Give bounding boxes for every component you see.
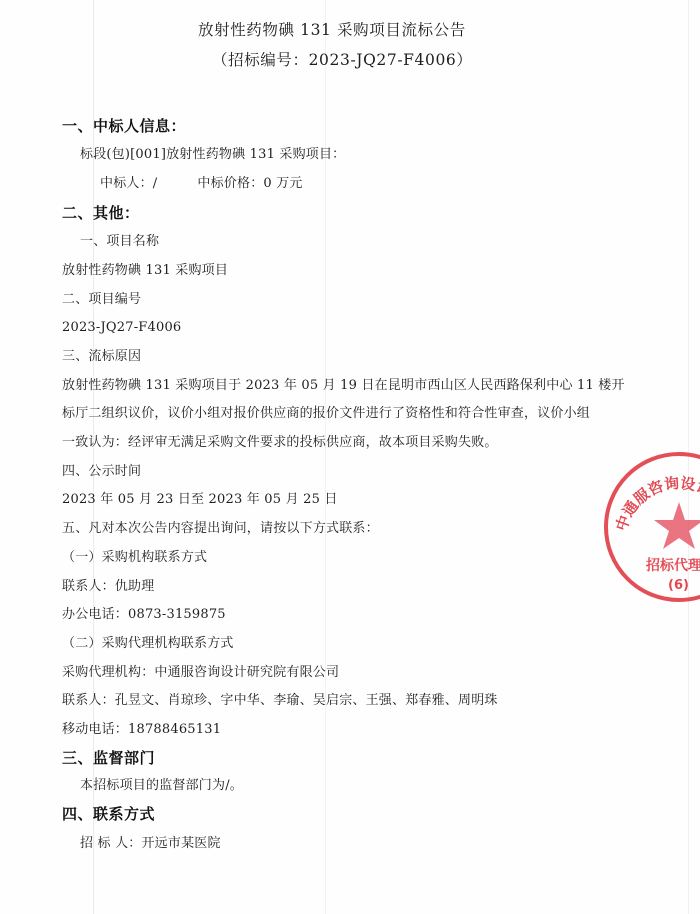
winner-label: 中标人：/ <box>100 176 157 191</box>
item-label-project-number: 二、项目编号 <box>62 292 141 308</box>
reason-line: 标厅二组织议价，议价小组对报价供应商的报价文件进行了资格性和符合性审查，议价小组 <box>62 406 590 422</box>
notice-period-value: 2023 年 05 月 23 日至 2023 年 05 月 25 日 <box>62 492 338 508</box>
item-value-project-number: 2023-JQ27-F4006 <box>62 320 181 336</box>
notice-period-label: 四、公示时间 <box>62 464 141 480</box>
lot-line: 标段(包)[001]放射性药物碘 131 采购项目： <box>80 147 345 163</box>
agency-contact-label: （二）采购代理机构联系方式 <box>62 636 234 652</box>
agency-name: 采购代理机构：中通服咨询设计研究院有限公司 <box>62 665 339 681</box>
document-title: 放射性药物碘 131 采购项目流标公告 <box>198 20 466 40</box>
seal-bottom-text: 招标代理业务 <box>645 557 700 574</box>
document-page: 放射性药物碘 131 采购项目流标公告 （招标编号：2023-JQ27-F400… <box>0 0 700 914</box>
reason-line: 放射性药物碘 131 采购项目于 2023 年 05 月 19 日在昆明市西山区… <box>62 378 625 394</box>
official-seal-stamp: 中通服咨询设计研究院 招标代理业务 (6) <box>604 452 700 602</box>
agency-mobile-phone: 移动电话：18788465131 <box>62 722 221 738</box>
scan-artifact-line <box>93 0 94 914</box>
agency-contact-persons: 联系人：孔昱文、肖琼珍、字中华、李瑜、吴启宗、王强、郑春雅、周明珠 <box>62 693 498 709</box>
item-value-project-name: 放射性药物碘 131 采购项目 <box>62 263 228 279</box>
seal-star-icon: 中通服咨询设计研究院 招标代理业务 (6) <box>604 452 700 602</box>
supervision-text: 本招标项目的监督部门为/。 <box>80 778 243 794</box>
inquiry-label: 五、凡对本次公告内容提出询问，请按以下方式联系： <box>62 521 379 537</box>
winner-price-row: 中标人：/中标价格：0 万元 <box>100 176 303 192</box>
reason-line: 一致认为：经评审无满足采购文件要求的投标供应商，故本项目采购失败。 <box>62 435 498 451</box>
purchaser-contact-person: 联系人：仇助理 <box>62 579 154 595</box>
purchaser-office-phone: 办公电话：0873-3159875 <box>62 607 226 623</box>
purchaser-contact-label: （一）采购机构联系方式 <box>62 550 207 566</box>
tenderer-line: 招 标 人：开远市某医院 <box>80 836 221 852</box>
section-heading-winner-info: 一、中标人信息： <box>62 116 186 136</box>
item-label-project-name: 一、项目名称 <box>80 234 159 250</box>
section-heading-supervision: 三、监督部门 <box>62 748 155 768</box>
seal-number: (6) <box>668 578 689 593</box>
scan-artifact-line <box>325 0 326 914</box>
document-subtitle: （招标编号：2023-JQ27-F4006） <box>212 50 472 70</box>
item-label-failure-reason: 三、流标原因 <box>62 349 141 365</box>
section-heading-contact: 四、联系方式 <box>62 804 155 824</box>
price-label: 中标价格：0 万元 <box>197 176 302 191</box>
section-heading-other: 二、其他： <box>62 203 140 223</box>
